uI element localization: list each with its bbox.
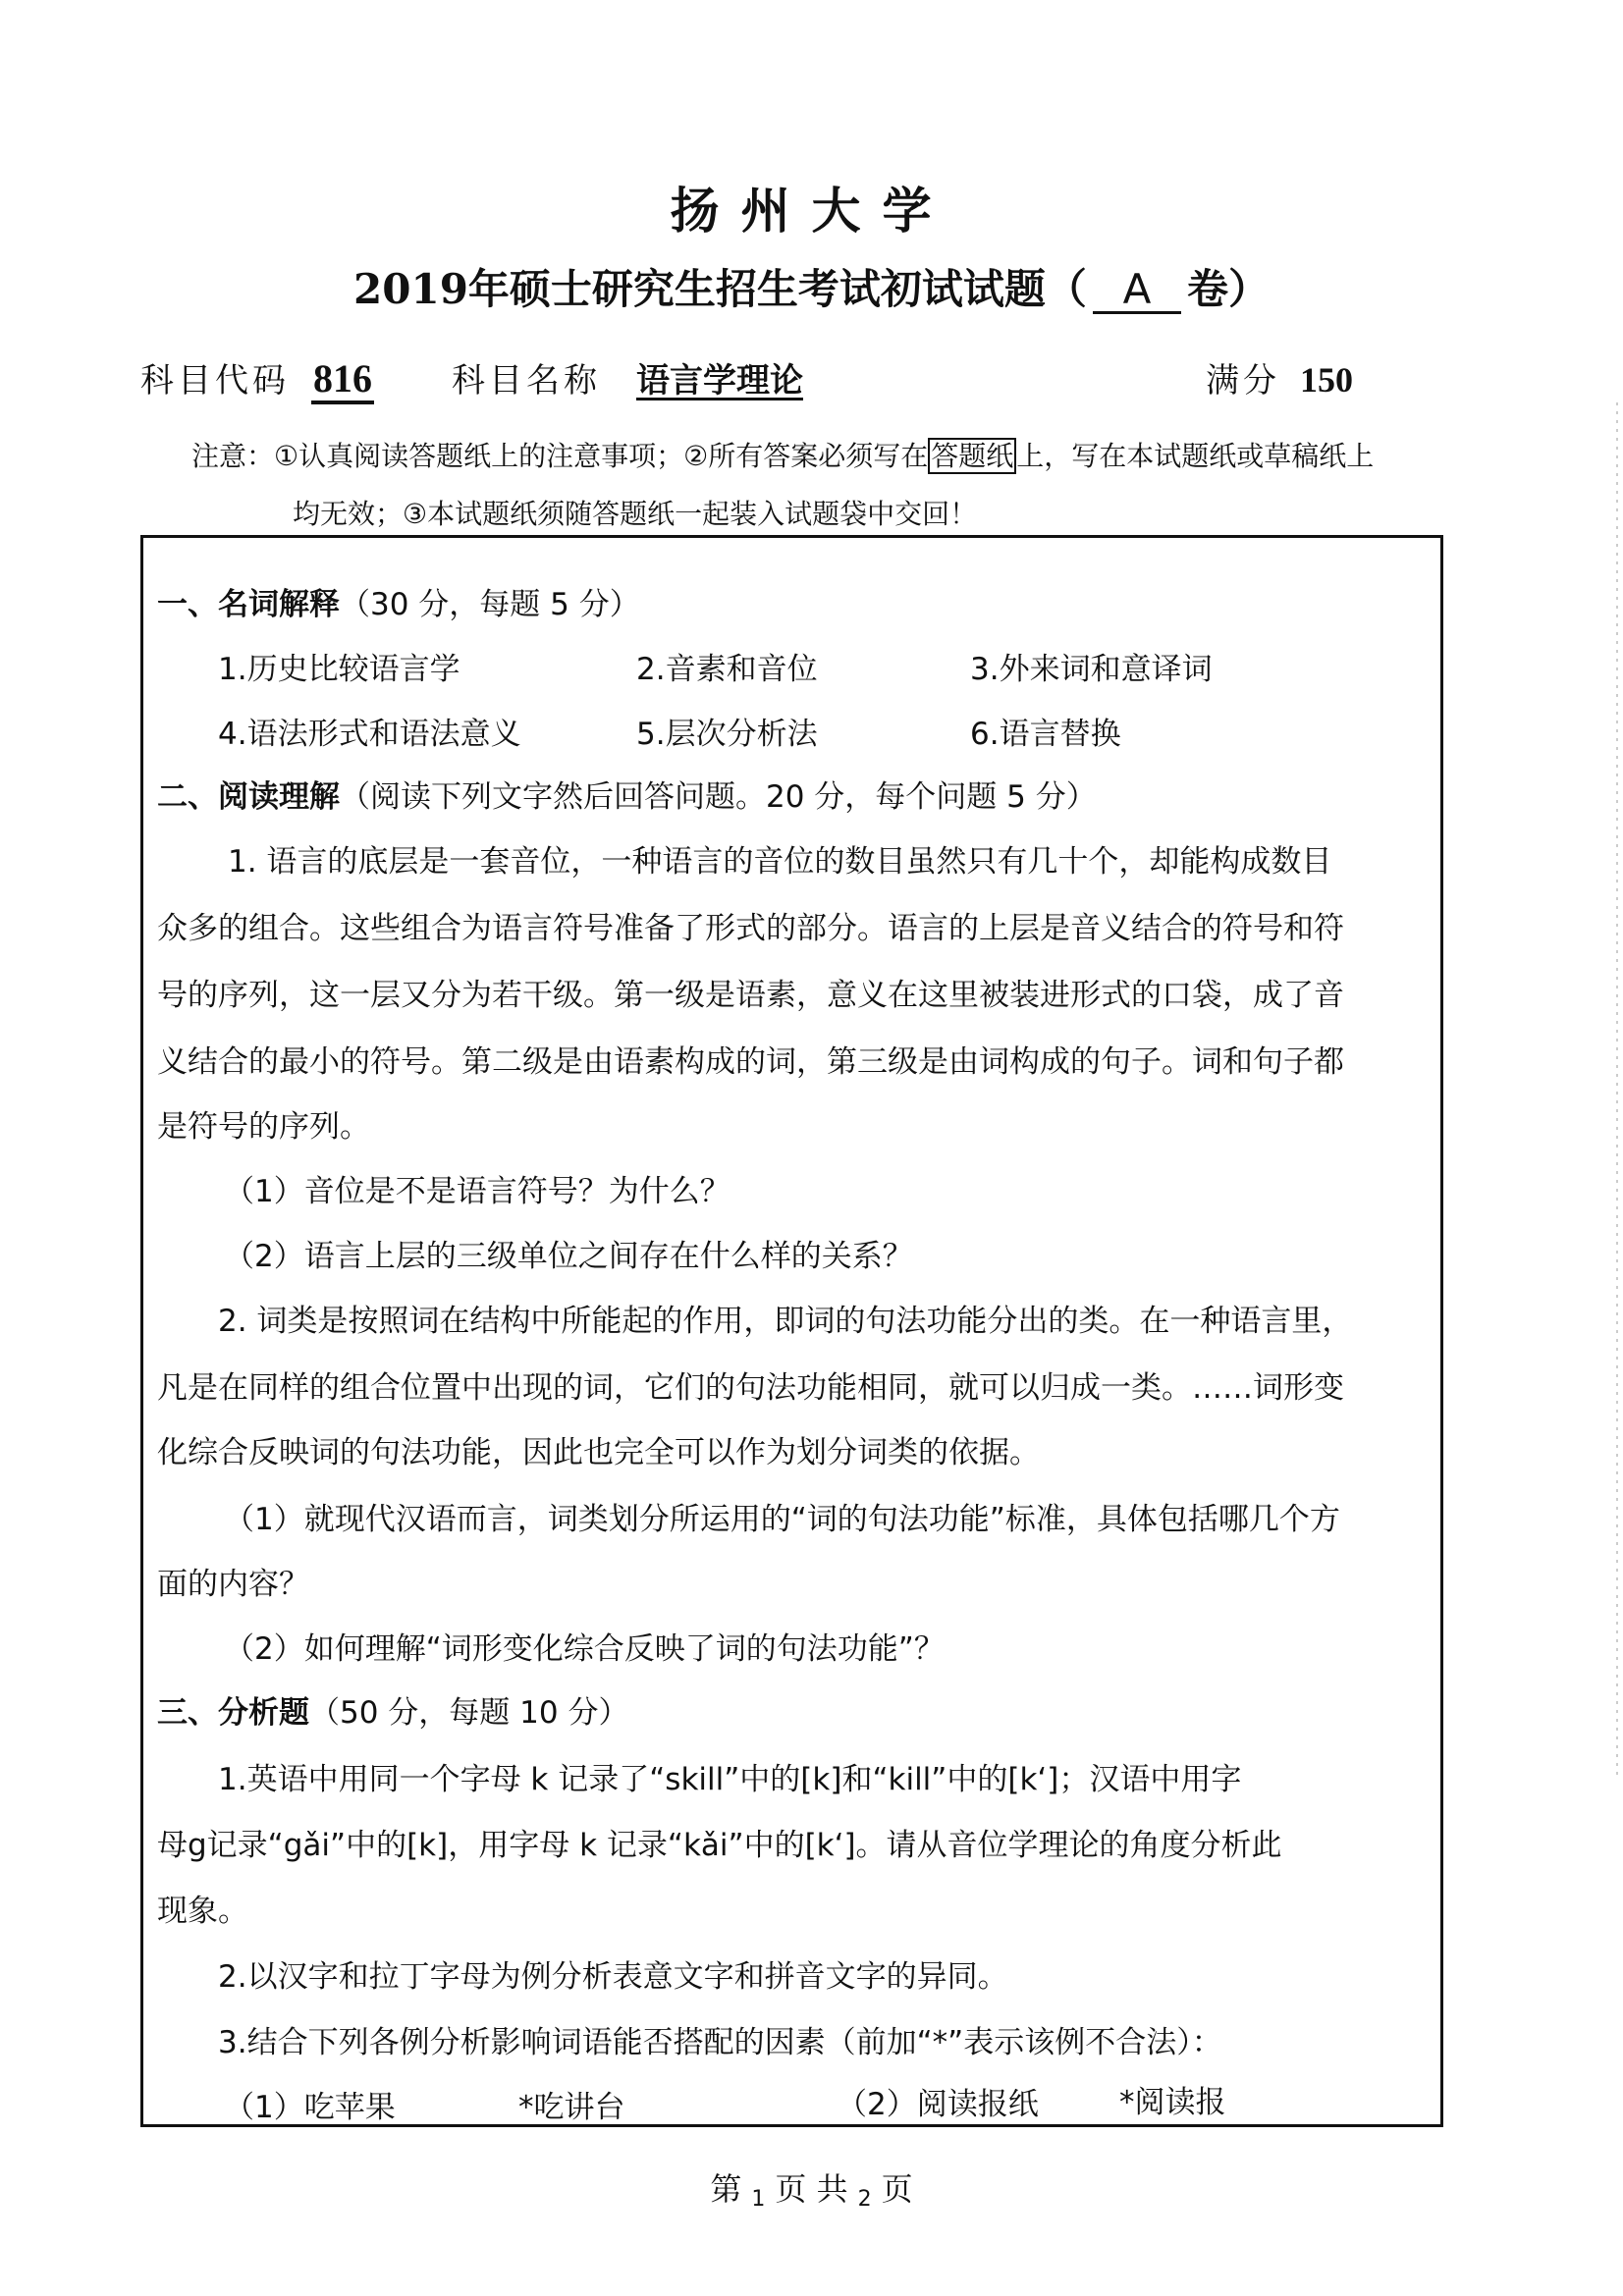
example-bad: *阅读报 — [1119, 2083, 1226, 2122]
analysis-line: 现象。 — [157, 1892, 248, 1931]
analysis-line: 3.结合下列各例分析影响词语能否搭配的因素（前加“*”表示该例不合法）： — [218, 2023, 1222, 2062]
full-score: 满分150 — [1206, 353, 1353, 401]
section-1-heading: 一、名词解释（30 分，每题 5 分） — [157, 585, 640, 624]
term-item: 3.外来词和意译词 — [970, 650, 1213, 689]
question-item: （1）音位是不是语言符号？为什么？ — [224, 1172, 730, 1211]
total-page-number: 2 — [858, 2187, 872, 2212]
section-title: 二、阅读理解 — [157, 779, 340, 815]
passage-line: 化综合反映词的句法功能，因此也完全可以作为划分词类的依据。 — [157, 1433, 1040, 1472]
section-note: （50 分，每题 10 分） — [309, 1695, 628, 1731]
notice-line-2: 均无效；③本试题纸须随答题纸一起装入试题袋中交回！ — [293, 493, 977, 532]
section-note: （阅读下列文字然后回答问题。20 分，每个问题 5 分） — [340, 779, 1097, 815]
passage-line: 凡是在同样的组合位置中出现的词，它们的句法功能相同，就可以归成一类。……词形变 — [157, 1368, 1344, 1408]
answer-sheet-boxed: 答题纸 — [928, 438, 1016, 474]
subject-name-label: 科目名称 — [452, 361, 601, 400]
exam-title-prefix: 2019年硕士研究生招生考试初试试题（ — [353, 265, 1087, 313]
paper-version: A — [1093, 268, 1181, 314]
notice-label: 注意： — [191, 440, 274, 472]
full-score-value: 150 — [1300, 360, 1353, 400]
passage-line: 义结合的最小的符号。第二级是由语素构成的词，第三级是由词构成的句子。词和句子都 — [157, 1042, 1344, 1082]
scan-edge-artifact — [1616, 402, 1618, 1777]
term-item: 4.语法形式和语法意义 — [218, 715, 521, 754]
page-footer: 第1页 共2页 — [0, 2164, 1623, 2212]
subject-code-value: 816 — [311, 356, 374, 404]
analysis-line: 2.以汉字和拉丁字母为例分析表意文字和拼音文字的异同。 — [218, 1957, 1008, 1997]
question-item: （1）就现代汉语而言，词类划分所运用的“词的句法功能”标准，具体包括哪几个方 — [224, 1500, 1340, 1539]
notice-text: 上，写在本试题纸或草稿纸上 — [1016, 440, 1374, 472]
university-name: 扬州大学 — [0, 172, 1623, 242]
example-good: （1）吃苹果 — [224, 2088, 396, 2127]
term-item: 1.历史比较语言学 — [218, 650, 460, 689]
term-item: 6.语言替换 — [970, 715, 1121, 754]
passage-line: 是符号的序列。 — [157, 1107, 370, 1147]
subject-name-value: 语言学理论 — [636, 361, 803, 400]
term-item: 2.音素和音位 — [636, 650, 818, 689]
analysis-line: 1.英语中用同一个字母 k 记录了“skill”中的[k]和“kill”中的[k… — [218, 1760, 1241, 1799]
subject-code-label: 科目代码 — [140, 361, 290, 400]
footer-text: 第 — [710, 2170, 741, 2208]
notice-text: ①认真阅读答题纸上的注意事项；②所有答案必须写在 — [274, 440, 928, 472]
section-3-heading: 三、分析题（50 分，每题 10 分） — [157, 1693, 628, 1733]
section-title: 三、分析题 — [157, 1695, 309, 1731]
section-title: 一、名词解释 — [157, 587, 340, 622]
full-score-label: 满分 — [1206, 361, 1280, 400]
question-item: （2）语言上层的三级单位之间存在什么样的关系？ — [224, 1237, 913, 1276]
passage-line: 号的序列，这一层又分为若干级。第一级是语素，意义在这里被装进形式的口袋，成了音 — [157, 976, 1344, 1015]
section-note: （30 分，每题 5 分） — [340, 587, 640, 622]
analysis-line: 母g记录“gǎi”中的[k]，用字母 k 记录“kǎi”中的[kʻ]。请从音位学… — [157, 1826, 1282, 1865]
subject-name: 科目名称语言学理论 — [452, 353, 803, 401]
section-2-heading: 二、阅读理解（阅读下列文字然后回答问题。20 分，每个问题 5 分） — [157, 777, 1097, 817]
passage-line: 众多的组合。这些组合为语言符号准备了形式的部分。语言的上层是音义结合的符号和符 — [157, 909, 1344, 948]
example-bad: *吃讲台 — [518, 2088, 625, 2127]
notice-line-1: 注意：①认真阅读答题纸上的注意事项；②所有答案必须写在答题纸上，写在本试题纸或草… — [191, 435, 1374, 474]
footer-text: 页 共 — [775, 2170, 847, 2208]
subject-code: 科目代码816 — [140, 353, 374, 401]
footer-text: 页 — [882, 2170, 913, 2208]
question-item: 面的内容？ — [157, 1565, 309, 1604]
passage-line: 2. 词类是按照词在结构中所能起的作用，即词的句法功能分出的类。在一种语言里， — [218, 1302, 1352, 1341]
current-page-number: 1 — [751, 2187, 765, 2212]
exam-title: 2019年硕士研究生招生考试初试试题（A卷） — [0, 257, 1623, 316]
exam-title-suffix: 卷） — [1187, 265, 1270, 313]
question-item: （2）如何理解“词形变化综合反映了词的句法功能”？ — [224, 1629, 945, 1669]
example-good: （2）阅读报纸 — [837, 2085, 1039, 2124]
term-item: 5.层次分析法 — [636, 715, 818, 754]
passage-line: 1. 语言的底层是一套音位，一种语言的音位的数目虽然只有几十个，却能构成数目 — [228, 842, 1331, 881]
